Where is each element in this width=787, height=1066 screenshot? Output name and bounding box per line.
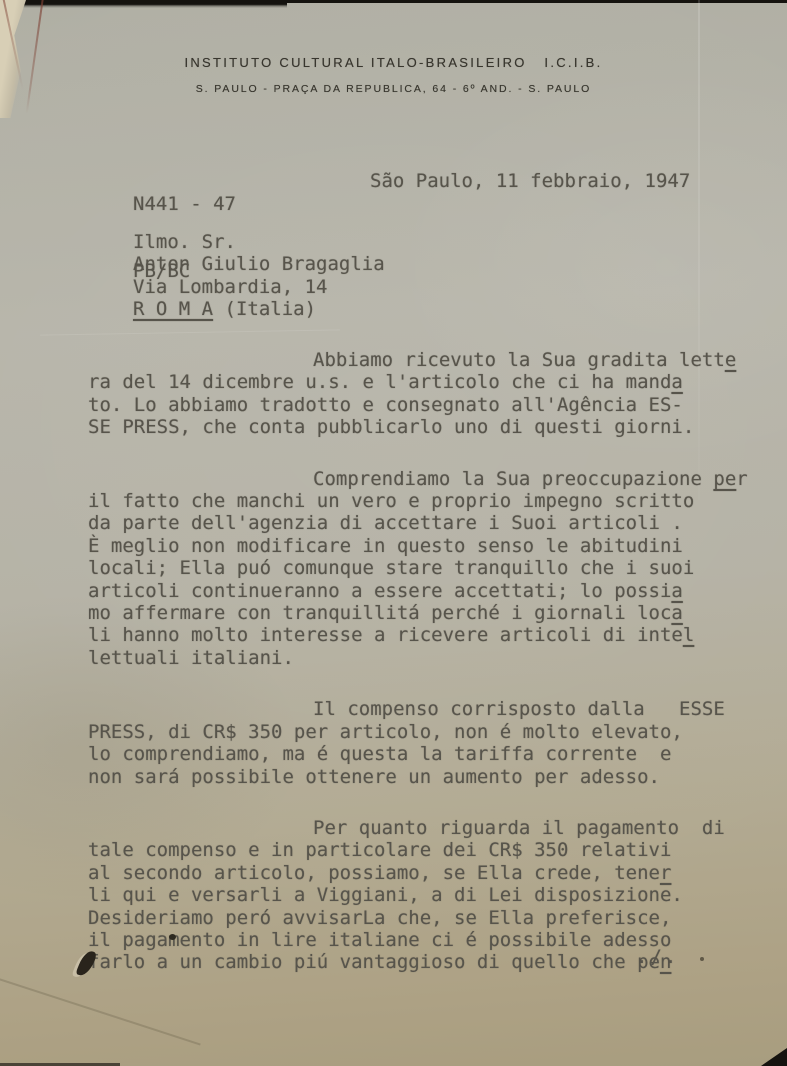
paragraph: Abbiamo ricevuto la Sua gradita lettera … (88, 349, 748, 439)
letter-line: ra del 14 dicembre u.s. e l'articolo che… (88, 371, 748, 393)
text-segment: Ilmo. Sr. (133, 231, 236, 253)
letterhead: INSTITUTO CULTURAL ITALO-BRASILEIRO I.C.… (0, 55, 787, 95)
text-segment: articoli continueranno a essere accettat… (88, 580, 671, 602)
ink-speck (169, 934, 176, 940)
text-segment: al secondo articolo, possiamo, se Ella c… (88, 862, 660, 884)
letter-line: articoli continueranno a essere accettat… (88, 580, 748, 602)
recipient-line: Anton Giulio Bragaglia (133, 253, 385, 275)
ink-speck (700, 957, 704, 961)
letter-line: li qui e versarli a Viggiani, a di Lei d… (88, 884, 748, 906)
letter-body: Abbiamo ricevuto la Sua gradita lettera … (88, 349, 748, 974)
fold-crease (0, 973, 201, 1046)
letterhead-address: S. PAULO - PRAÇA DA REPUBLICA, 64 - 6º A… (0, 83, 787, 95)
text-segment: Desideriamo peró avvisarLa che, se Ella … (88, 907, 671, 929)
text-segment: to. Lo abbiamo tradotto e consegnato all… (88, 394, 683, 416)
letter-line: Comprendiamo la Sua preoccupazione per (88, 468, 748, 490)
text-segment: li hanno molto interesse a ricevere arti… (88, 624, 683, 646)
underlined-text: pe (713, 468, 736, 490)
scan-corner-shadow (761, 1048, 787, 1066)
text-segment: li qui e versarli a Viggiani, a di Lei d… (88, 884, 683, 906)
text-segment: Abbiamo ricevuto la Sua gradita lett (313, 349, 725, 371)
letter-line: tale compenso e in particolare dei CR$ 3… (88, 839, 748, 861)
underlined-text: l (683, 624, 694, 646)
paragraph: Il compenso corrisposto dalla ESSEPRESS,… (88, 698, 748, 788)
text-segment: Il compenso corrisposto dalla ESSE (313, 698, 725, 720)
letter-line: Il compenso corrisposto dalla ESSE (88, 698, 748, 720)
recipient-address: Ilmo. Sr.Anton Giulio BragagliaVia Lomba… (133, 231, 385, 321)
text-segment: r (736, 468, 747, 490)
letter-line: Per quanto riguarda il pagamento di (88, 817, 748, 839)
text-segment: Per quanto riguarda il pagamento di (313, 817, 725, 839)
letterhead-institute-name: INSTITUTO CULTURAL ITALO-BRASILEIRO I.C.… (0, 55, 787, 70)
scanned-letter-page: INSTITUTO CULTURAL ITALO-BRASILEIRO I.C.… (0, 0, 787, 1066)
underlined-text: r (660, 862, 671, 884)
text-segment: da parte dell'agenzia di accettare i Suo… (88, 512, 683, 534)
text-segment: (Italia) (213, 298, 316, 320)
letter-line: PRESS, di CR$ 350 per articolo, non é mo… (88, 721, 748, 743)
text-segment: il pagamento in lire italiane ci é possi… (88, 929, 671, 951)
text-segment: ra del 14 dicembre u.s. e l'articolo che… (88, 371, 671, 393)
recipient-line: Via Lombardia, 14 (133, 276, 385, 298)
continuation-mark: ./. (636, 946, 679, 968)
text-segment: farlo a un cambio piú vantaggioso di que… (88, 951, 660, 973)
letter-line: lo comprendiamo, ma é questa la tariffa … (88, 743, 748, 765)
underlined-text: a (671, 580, 682, 602)
text-segment: SE PRESS, che conta pubblicarlo uno di q… (88, 416, 694, 438)
fold-crease (40, 329, 340, 335)
letter-line: il fatto che manchi un vero e proprio im… (88, 490, 748, 512)
letter-line: da parte dell'agenzia di accettare i Suo… (88, 512, 748, 534)
letter-line: Desideriamo peró avvisarLa che, se Ella … (88, 907, 748, 929)
text-segment: il fatto che manchi un vero e proprio im… (88, 490, 694, 512)
underlined-text: R O M A (133, 298, 213, 320)
text-segment: lo comprendiamo, ma é questa la tariffa … (88, 743, 671, 765)
letter-line: SE PRESS, che conta pubblicarlo uno di q… (88, 416, 748, 438)
text-segment: non sará possibile ottenere un aumento p… (88, 766, 660, 788)
letter-line: to. Lo abbiamo tradotto e consegnato all… (88, 394, 748, 416)
text-segment: lettuali italiani. (88, 647, 294, 669)
underlined-text: e (725, 349, 736, 371)
dateline: São Paulo, 11 febbraio, 1947 (370, 170, 690, 192)
text-segment: Via Lombardia, 14 (133, 276, 327, 298)
fold-crease (698, 0, 700, 500)
paragraph: Comprendiamo la Sua preoccupazione peril… (88, 468, 748, 670)
letter-line: È meglio non modificare in questo senso … (88, 535, 748, 557)
letter-line: al secondo articolo, possiamo, se Ella c… (88, 862, 748, 884)
letter-line: Abbiamo ricevuto la Sua gradita lette (88, 349, 748, 371)
text-segment: PRESS, di CR$ 350 per articolo, non é mo… (88, 721, 683, 743)
text-segment: locali; Ella puó comunque stare tranquil… (88, 557, 694, 579)
letter-line: locali; Ella puó comunque stare tranquil… (88, 557, 748, 579)
letter-line: lettuali italiani. (88, 647, 748, 669)
recipient-line: Ilmo. Sr. (133, 231, 385, 253)
text-segment: È meglio non modificare in questo senso … (88, 535, 683, 557)
recipient-line: R O M A (Italia) (133, 298, 385, 320)
text-segment: mo affermare con tranquillitá perché i g… (88, 602, 671, 624)
reference-number: N441 - 47 (133, 193, 236, 215)
letter-line: mo affermare con tranquillitá perché i g… (88, 602, 748, 624)
underlined-text: a (671, 371, 682, 393)
underlined-text: a (671, 602, 682, 624)
text-segment: Anton Giulio Bragaglia (133, 253, 385, 275)
text-segment: Comprendiamo la Sua preoccupazione (313, 468, 713, 490)
letter-line: li hanno molto interesse a ricevere arti… (88, 624, 748, 646)
letter-line: non sará possibile ottenere un aumento p… (88, 766, 748, 788)
text-segment: tale compenso e in particolare dei CR$ 3… (88, 839, 671, 861)
